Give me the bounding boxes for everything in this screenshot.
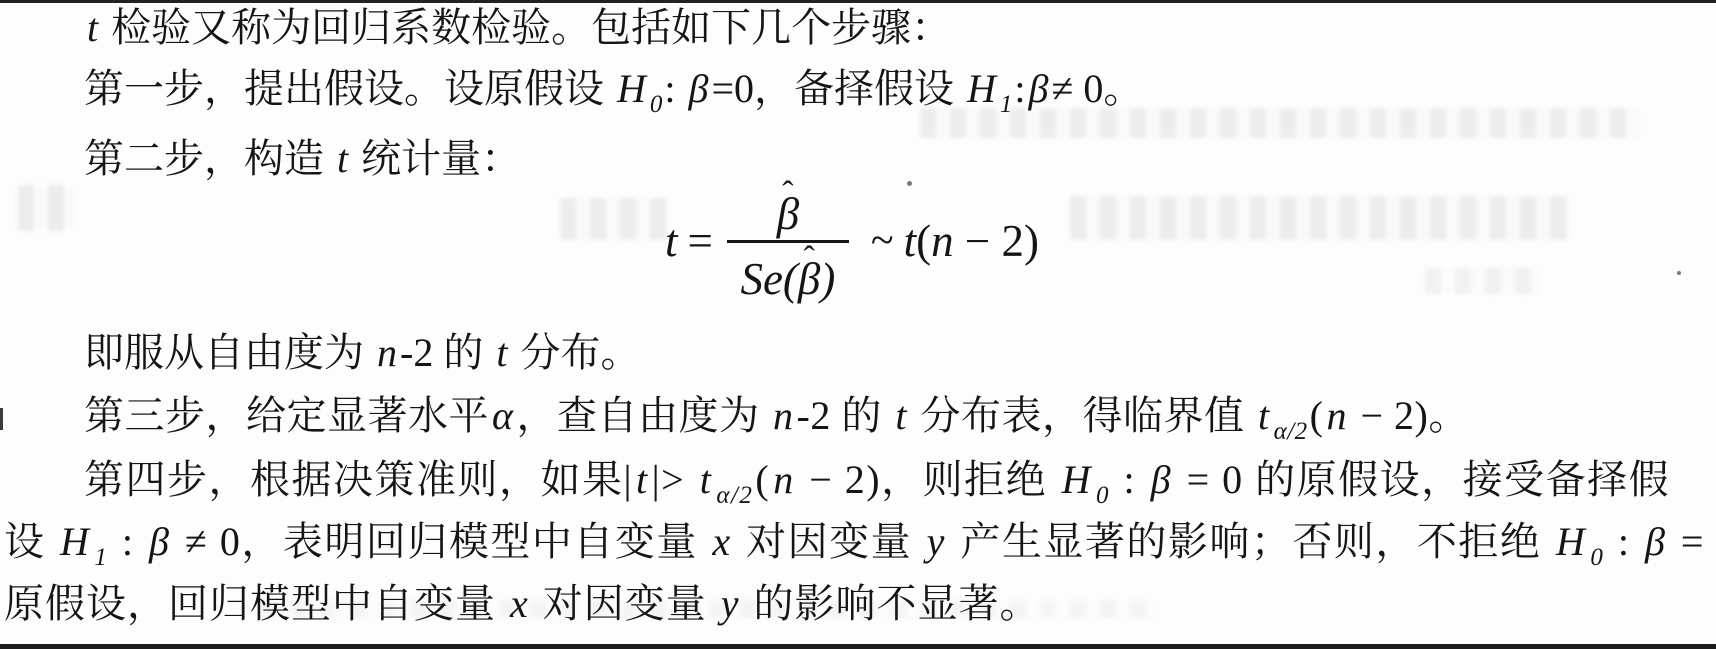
equals-sign: = [688,215,713,267]
text-line-6: 第四步，根据决策准则，如果|t|> tα/2(n − 2)，则拒绝 H0 : β… [84,455,1670,521]
scanned-document-page: t 检验又称为回归系数检验。包括如下几个步骤： 第一步，提出假设。设原假设 H0… [0,0,1716,649]
text-line-1: t 检验又称为回归系数检验。包括如下几个步骤： [84,3,951,53]
text-line-3: 第二步，构造 t 统计量： [84,134,521,184]
text-line-5: 第三步，给定显著水平α，查自由度为 n-2 的 t 分布表，得临界值 tα/2(… [84,391,1469,457]
bleed-through-artifact [1070,196,1570,240]
bleed-through-artifact [1425,268,1540,294]
fraction-bar [727,240,849,243]
text-line-7: 设 H1 : β ≠ 0，表明回归模型中自变量 x 对因变量 y 产生显著的影响… [4,517,1716,583]
circumflex-hat: ˆ [782,172,793,216]
fraction: ˆβ Se(ˆβ) [727,176,849,305]
fraction-denominator: Se(ˆβ) [740,245,835,305]
text-line-2: 第一步，提出假设。设原假设 H0: β=0，备择假设 H1:β≠ 0。 [84,64,1143,130]
formula-lhs-t: t [665,215,678,267]
bleed-through-artifact [560,198,668,240]
fraction-numerator: ˆβ [777,176,799,236]
scan-edge-left-tick [0,408,3,430]
bleed-through-artifact [18,185,73,231]
scan-speck [1677,271,1681,275]
tilde-operator: ~ [871,217,894,265]
scan-edge-bottom [0,644,1716,649]
t-statistic-formula: t = ˆβ Se(ˆβ) ~ t(n − 2) [665,176,1039,305]
formula-rhs: t(n − 2) [904,215,1039,267]
text-line-4: 即服从自由度为 n-2 的 t 分布。 [84,328,640,378]
circumflex-hat: ˆ [803,233,814,285]
text-line-8: 原假设，回归模型中自变量 x 对因变量 y 的影响不显著。 [4,579,1041,629]
